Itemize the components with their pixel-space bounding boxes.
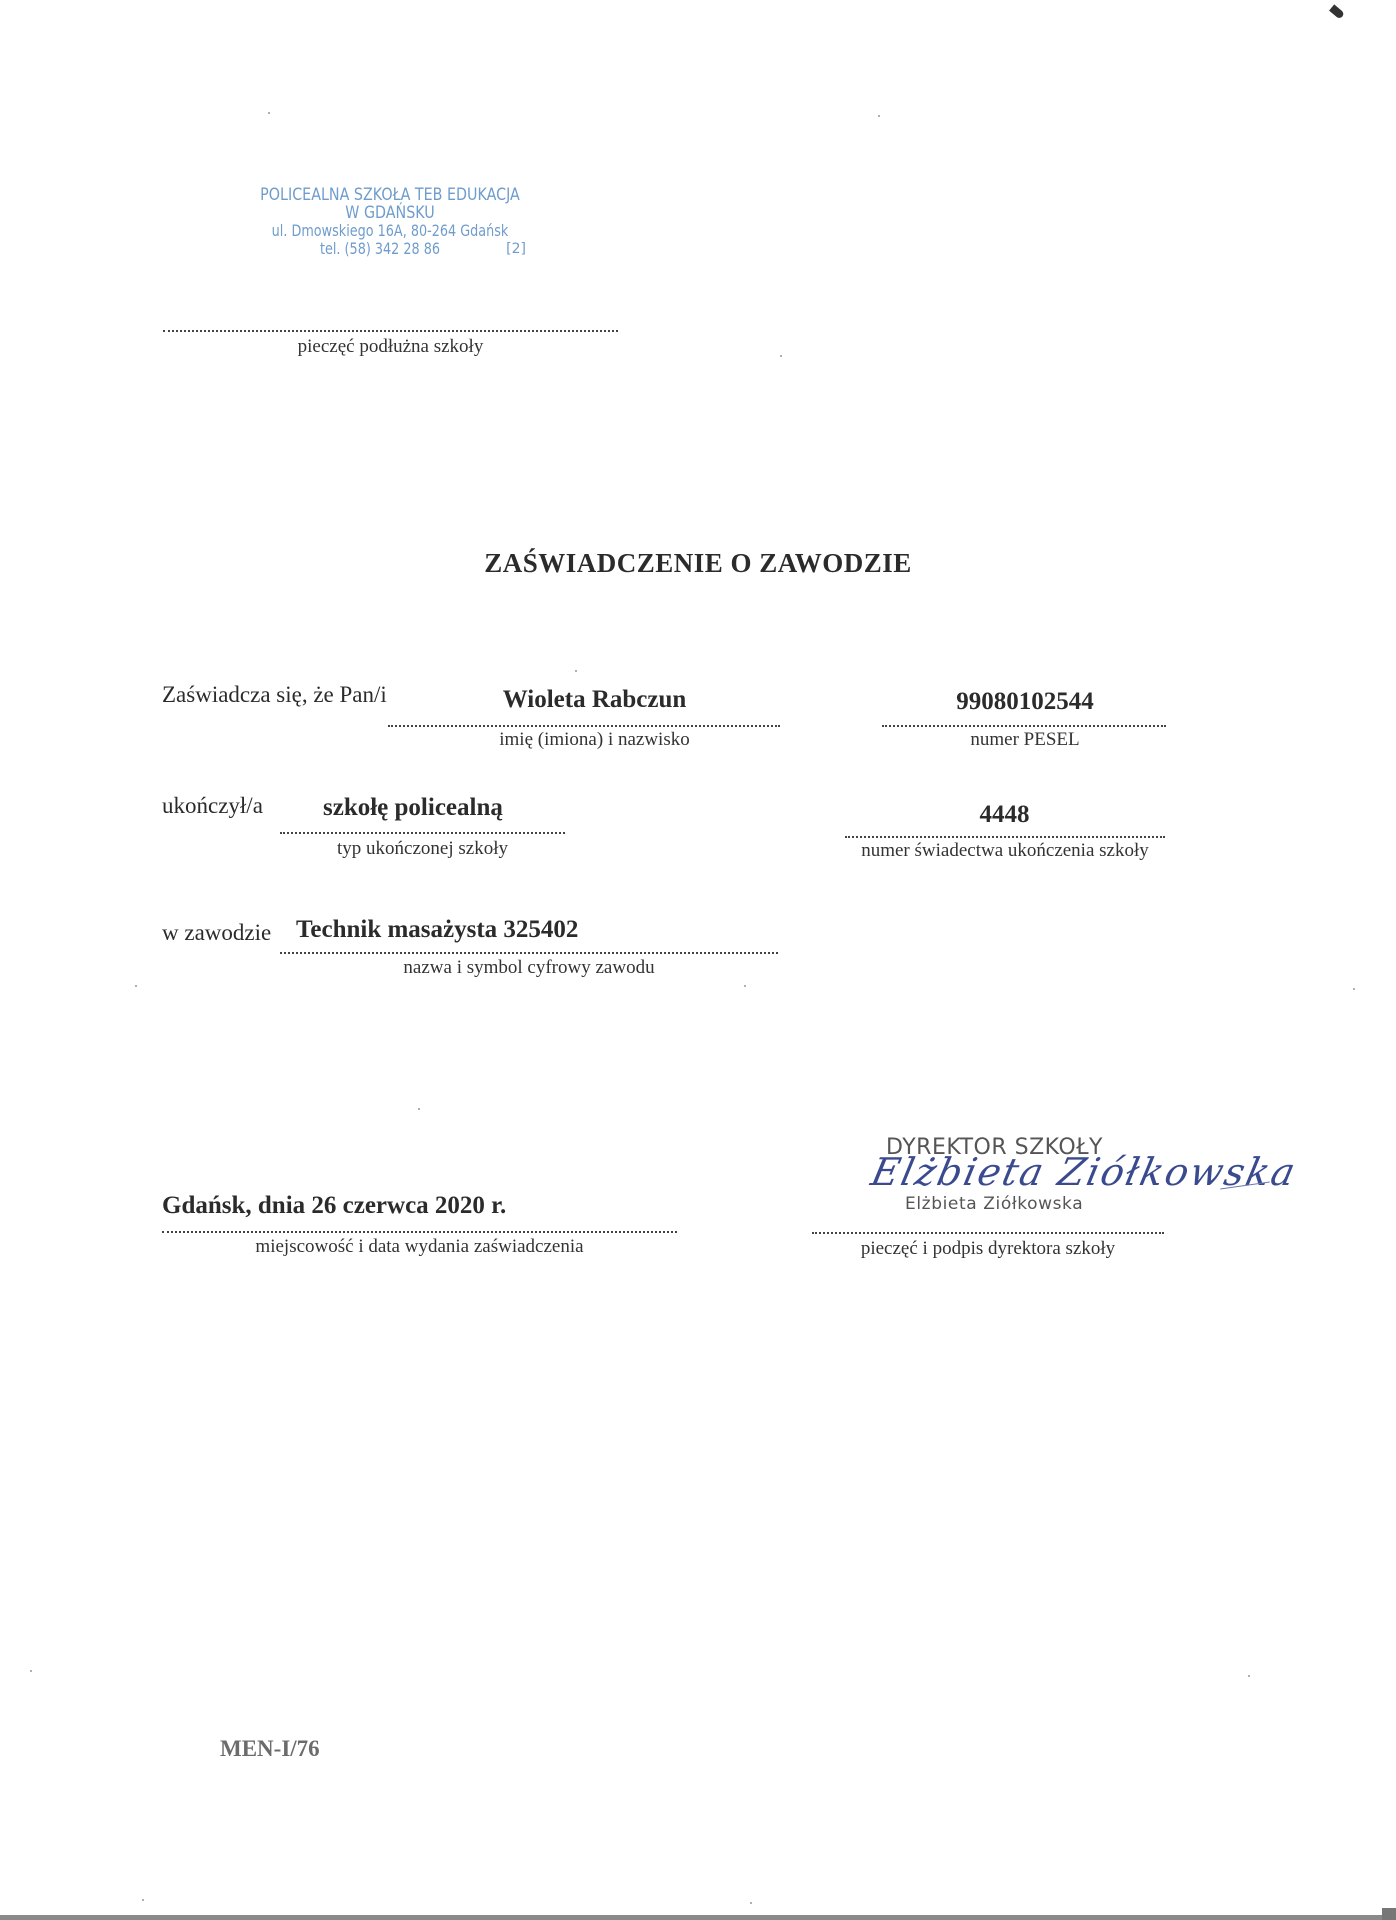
stamp-address: ul. Dmowskiego 16A, 80-264 Gdańsk (262, 222, 518, 240)
school-stamp: POLICEALNA SZKOŁA TEB EDUKACJA W GDAŃSKU… (230, 186, 550, 258)
completed-label: ukończył/a (162, 793, 263, 819)
director-caption: pieczęć i podpis dyrektora szkoły (812, 1238, 1164, 1260)
scan-speck (744, 985, 746, 987)
school-type-dotted-line (280, 832, 565, 834)
form-code: MEN-I/76 (220, 1736, 320, 1762)
scan-speck (1248, 1675, 1250, 1677)
name-dotted-line (388, 725, 780, 727)
certificate-dotted-line (845, 836, 1165, 838)
stamp-city: W GDAŃSKU (256, 204, 525, 222)
school-type: szkołę policealną (280, 794, 613, 822)
director-dotted-line (812, 1232, 1164, 1234)
issue-place-date: Gdańsk, dnia 26 czerwca 2020 r. (162, 1192, 506, 1220)
director-printed-name: Elżbieta Ziółkowska (905, 1194, 1083, 1214)
profession-value: Technik masażysta 325402 (296, 916, 578, 944)
scan-speck (1353, 988, 1355, 990)
person-name: Wioleta Rabczun (388, 686, 801, 714)
pesel-dotted-line (882, 725, 1166, 727)
scan-speck (878, 115, 880, 117)
stamp-caption: pieczęć podłużna szkoły (163, 336, 618, 358)
scan-speck (575, 670, 577, 672)
issue-caption: miejscowość i data wydania zaświadczenia (162, 1236, 677, 1258)
stamp-phone-text: tel. (58) 342 28 86 (320, 239, 440, 258)
profession-dotted-line (280, 952, 778, 954)
scan-speck (135, 985, 137, 987)
scan-speck (142, 1899, 144, 1901)
intro-label: Zaświadcza się, że Pan/i (162, 682, 387, 708)
scan-speck (418, 1108, 420, 1110)
director-signature: Elżbieta Ziółkowska (867, 1150, 1301, 1194)
scan-mark-icon (1329, 4, 1345, 19)
certificate-number: 4448 (842, 801, 1167, 829)
stamp-code: [2] (506, 240, 526, 258)
profession-caption: nazwa i symbol cyfrowy zawodu (280, 957, 778, 979)
scan-corner (1382, 1908, 1396, 1920)
school-type-caption: typ ukończonej szkoły (280, 838, 565, 860)
stamp-dotted-line (163, 330, 618, 332)
stamp-school-name: POLICEALNA SZKOŁA TEB EDUKACJA (256, 186, 525, 204)
scan-speck (30, 1670, 32, 1672)
scan-speck (268, 112, 270, 114)
scan-speck (780, 355, 782, 357)
stamp-phone: tel. (58) 342 28 86 (252, 240, 508, 258)
pesel-caption: numer PESEL (880, 729, 1170, 751)
certificate-caption: numer świadectwa ukończenia szkoły (835, 840, 1175, 862)
name-caption: imię (imiona) i nazwisko (388, 729, 801, 751)
document-title: ZAŚWIADCZENIE O ZAWODZIE (0, 548, 1396, 579)
profession-label: w zawodzie (162, 920, 271, 946)
pesel-value: 99080102544 (880, 688, 1170, 716)
issue-dotted-line (162, 1231, 677, 1233)
scan-speck (750, 1902, 752, 1904)
scan-bottom-edge (0, 1915, 1396, 1920)
